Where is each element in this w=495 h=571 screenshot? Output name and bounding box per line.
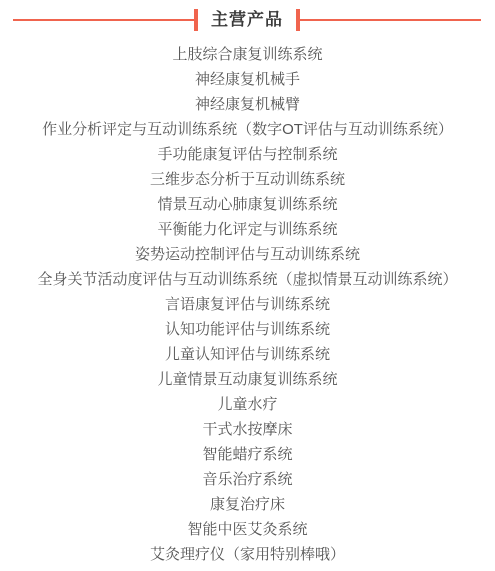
product-item: 儿童情景互动康复训练系统 — [0, 367, 495, 392]
product-item: 智能中医艾灸系统 — [0, 517, 495, 542]
product-item: 作业分析评定与互动训练系统（数字OT评估与互动训练系统） — [0, 117, 495, 142]
product-item: 言语康复评估与训练系统 — [0, 292, 495, 317]
product-item: 三维步态分析于互动训练系统 — [0, 167, 495, 192]
product-item: 上肢综合康复训练系统 — [0, 42, 495, 67]
header-rule-left — [13, 19, 194, 21]
section-header: 主营产品 — [13, 7, 481, 33]
page-title: 主营产品 — [211, 7, 283, 33]
product-item: 认知功能评估与训练系统 — [0, 317, 495, 342]
product-item: 智能蜡疗系统 — [0, 442, 495, 467]
product-item: 情景互动心肺康复训练系统 — [0, 192, 495, 217]
product-item: 康复治疗床 — [0, 492, 495, 517]
header-rule-right — [300, 19, 481, 21]
product-item: 艾灸理疗仪（家用特别棒哦） — [0, 542, 495, 567]
accent-bar-left — [194, 9, 198, 31]
product-item: 儿童认知评估与训练系统 — [0, 342, 495, 367]
product-item: 平衡能力化评定与训练系统 — [0, 217, 495, 242]
product-item: 音乐治疗系统 — [0, 467, 495, 492]
product-item: 干式水按摩床 — [0, 417, 495, 442]
product-list: 上肢综合康复训练系统神经康复机械手神经康复机械臂作业分析评定与互动训练系统（数字… — [0, 42, 495, 567]
main-products-page: 主营产品 上肢综合康复训练系统神经康复机械手神经康复机械臂作业分析评定与互动训练… — [0, 0, 495, 571]
product-item: 全身关节活动度评估与互动训练系统（虚拟情景互动训练系统） — [0, 267, 495, 292]
product-item: 儿童水疗 — [0, 392, 495, 417]
product-item: 姿势运动控制评估与互动训练系统 — [0, 242, 495, 267]
product-item: 神经康复机械臂 — [0, 92, 495, 117]
product-item: 神经康复机械手 — [0, 67, 495, 92]
product-item: 手功能康复评估与控制系统 — [0, 142, 495, 167]
